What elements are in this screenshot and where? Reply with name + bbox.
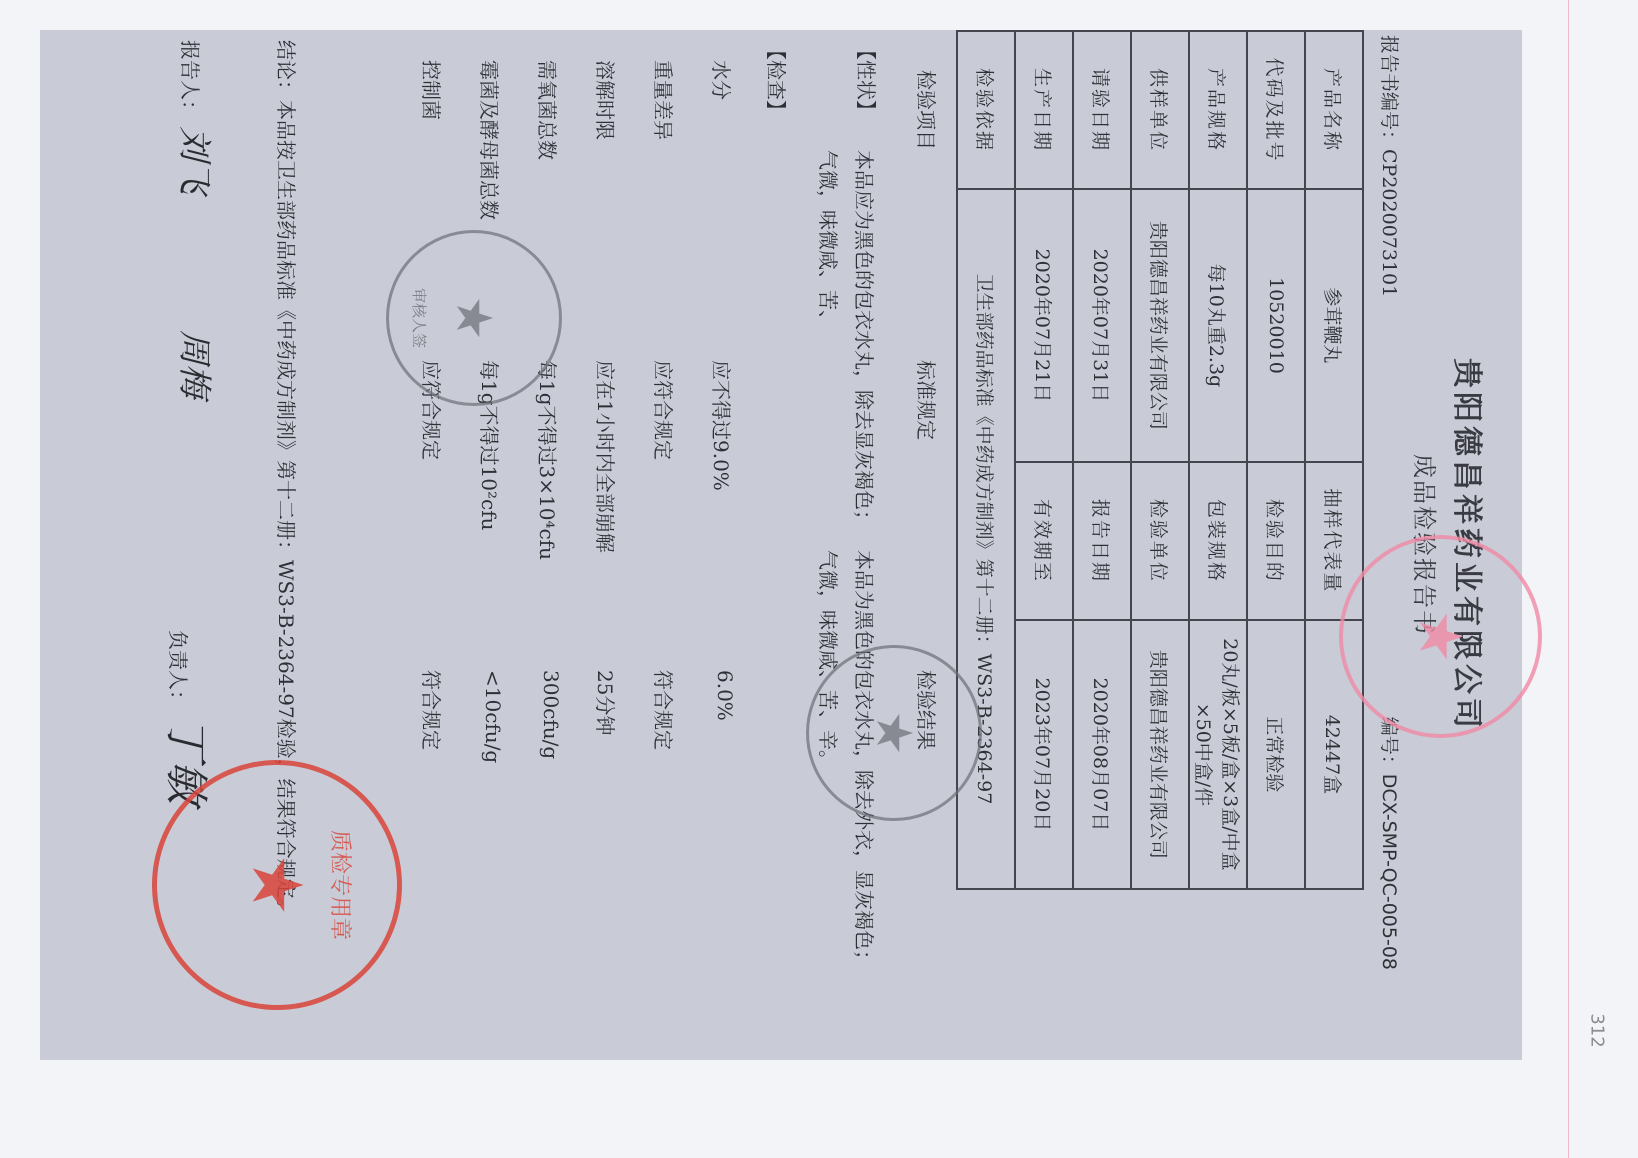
reviewer-stamp-text: 审核人签 bbox=[409, 233, 430, 403]
inspection-standard: 应符合规定 bbox=[650, 360, 679, 460]
document-code-value: DCX-SMP-QC-005-08 bbox=[1378, 774, 1400, 970]
reporter: 报告人： 刘飞 bbox=[173, 40, 222, 194]
info-label: 代码及批号 bbox=[1247, 31, 1305, 189]
reporter-label: 报告人： bbox=[178, 40, 202, 120]
info-label2: 有效期至 bbox=[1015, 462, 1073, 620]
appearance-heading: 【性状】 bbox=[853, 40, 882, 120]
info-value: 2020年07月31日 bbox=[1073, 189, 1131, 462]
star-icon: ★ bbox=[236, 854, 318, 917]
inspection-item: 水分 bbox=[708, 60, 737, 100]
manager-label: 负责人： bbox=[166, 630, 190, 710]
info-label2: 包装规格 bbox=[1189, 462, 1247, 620]
info-label2: 报告日期 bbox=[1073, 462, 1131, 620]
margin-line bbox=[1568, 0, 1569, 1158]
info-label: 产品规格 bbox=[1189, 31, 1247, 189]
page-number: 312 bbox=[1587, 1013, 1608, 1047]
document-code: 编号：DCX-SMP-QC-005-08 bbox=[1377, 717, 1404, 970]
report-number: 报告书编号：CP2020073101 bbox=[1377, 35, 1404, 297]
product-info-table: 产品名称参茸鞭丸抽样代表量42447盒代码及批号10520010检验目的正常检验… bbox=[956, 30, 1364, 890]
info-label: 请验日期 bbox=[1073, 31, 1131, 189]
inspection-result: <10cfu/g bbox=[481, 670, 505, 763]
reviewer: 周梅 bbox=[173, 330, 222, 398]
gray-seal-reviewer: ★审核人签 bbox=[386, 230, 562, 406]
red-seal-top: ★ bbox=[1339, 535, 1542, 738]
inspection-item: 溶解时限 bbox=[592, 60, 621, 140]
inspection-standard: 每1g不得过3×10⁴cfu bbox=[534, 360, 563, 560]
inspection-heading: 【检查】 bbox=[763, 40, 792, 120]
info-value: 2020年07月21日 bbox=[1015, 189, 1073, 462]
inspection-result: 符合规定 bbox=[418, 670, 447, 750]
info-value2: 20丸/板×5板/盒×3盒/中盒×50中盒/件 bbox=[1189, 620, 1247, 889]
info-label2: 检验目的 bbox=[1247, 462, 1305, 620]
inspection-result: 25分钟 bbox=[592, 670, 621, 735]
col-standard-header: 标准规定 bbox=[913, 360, 942, 440]
inspection-item: 霉菌及酵母菌总数 bbox=[476, 60, 505, 220]
info-label: 生产日期 bbox=[1015, 31, 1073, 189]
info-value: 每10丸重2.3g bbox=[1189, 189, 1247, 462]
info-row: 供样单位贵阳德昌祥药业有限公司检验单位贵阳德昌祥药业有限公司 bbox=[1131, 31, 1189, 889]
info-value: 参茸鞭丸 bbox=[1305, 189, 1363, 462]
info-value2: 贵阳德昌祥药业有限公司 bbox=[1131, 620, 1189, 889]
basis-label: 检验依据 bbox=[957, 31, 1015, 189]
inspection-report: 贵阳德昌祥药业有限公司 成品检验报告书 报告书编号：CP2020073101 编… bbox=[40, 30, 1522, 1060]
star-icon: ★ bbox=[1406, 610, 1476, 664]
inspection-result: 符合规定 bbox=[650, 670, 679, 750]
star-icon: ★ bbox=[445, 296, 503, 341]
red-seal-qa: 质检专用章★ bbox=[152, 760, 402, 1010]
info-value: 贵阳德昌祥药业有限公司 bbox=[1131, 189, 1189, 462]
report-number-value: CP2020073101 bbox=[1378, 149, 1400, 297]
info-value2: 正常检验 bbox=[1247, 620, 1305, 889]
inspection-standard: 应在1小时内全部崩解 bbox=[592, 360, 621, 553]
info-label2: 检验单位 bbox=[1131, 462, 1189, 620]
qa-stamp-text: 质检专用章 bbox=[326, 765, 357, 1005]
appearance-standard: 本品应为黑色的包衣水丸，除去显灰褐色；气微，味微咸、苦、 bbox=[810, 150, 882, 530]
inspection-item: 需氧菌总数 bbox=[534, 60, 563, 160]
info-row: 产品名称参茸鞭丸抽样代表量42447盒 bbox=[1305, 31, 1363, 889]
info-label: 产品名称 bbox=[1305, 31, 1363, 189]
inspection-item: 重量差异 bbox=[650, 60, 679, 140]
info-row: 生产日期2020年07月21日有效期至2023年07月20日 bbox=[1015, 31, 1073, 889]
info-value: 10520010 bbox=[1247, 189, 1305, 462]
inspection-result: 6.0% bbox=[713, 670, 737, 721]
reporter-signature: 刘飞 bbox=[174, 126, 214, 194]
star-icon: ★ bbox=[865, 711, 923, 756]
col-item-header: 检验项目 bbox=[913, 70, 942, 150]
inspection-result: 300cfu/g bbox=[539, 670, 563, 759]
info-value2: 2023年07月20日 bbox=[1015, 620, 1073, 889]
info-row: 代码及批号10520010检验目的正常检验 bbox=[1247, 31, 1305, 889]
reviewer-signature: 周梅 bbox=[174, 330, 214, 398]
inspection-standard: 应不得过9.0% bbox=[708, 360, 737, 491]
info-value2: 2020年08月07日 bbox=[1073, 620, 1131, 889]
info-row: 产品规格每10丸重2.3g包装规格20丸/板×5板/盒×3盒/中盒×50中盒/件 bbox=[1189, 31, 1247, 889]
gray-seal-results: ★ bbox=[806, 645, 982, 821]
info-row: 请验日期2020年07月31日报告日期2020年08月07日 bbox=[1073, 31, 1131, 889]
info-label: 供样单位 bbox=[1131, 31, 1189, 189]
inspection-item: 控制菌 bbox=[418, 60, 447, 120]
report-number-label: 报告书编号： bbox=[1378, 35, 1400, 149]
